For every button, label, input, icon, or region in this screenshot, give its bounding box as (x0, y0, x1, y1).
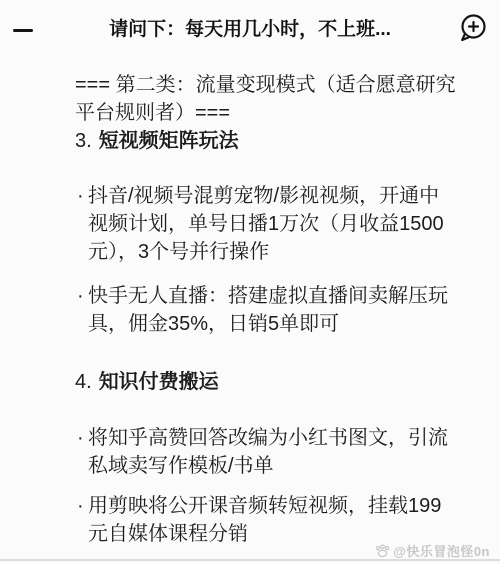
bullet-marker: · (75, 424, 88, 480)
section-4-number: 4. (75, 371, 92, 393)
bullet-marker: · (75, 182, 88, 266)
conversation-title: 请问下：每天用几小时，不上班... (55, 0, 445, 54)
menu-button[interactable] (13, 20, 39, 35)
new-chat-button[interactable] (457, 12, 489, 44)
section-3-heading: 3.短视频矩阵玩法 (75, 127, 460, 155)
app-header: 请问下：每天用几小时，不上班... (0, 0, 500, 54)
bullet-item-kuaishou-live: · 快手无人直播：搭建虚拟直播间卖解压玩 具，佣金35%，日销5单即可 (75, 282, 460, 338)
bullet-marker: · (75, 282, 88, 338)
assistant-message: === 第二类：流量变现模式（适合愿意研究 平台规则者）=== 3.短视频矩阵玩… (0, 54, 500, 548)
section-4-heading: 4.知识付费搬运 (75, 368, 460, 396)
category-intro-line: === 第二类：流量变现模式（适合愿意研究 平台规则者）=== (75, 71, 460, 127)
section-4-title: 知识付费搬运 (99, 371, 219, 393)
new-chat-bubble-plus-icon (457, 12, 489, 44)
bullet-text: 抖音/视频号混剪宠物/影视视频，开通中 视频计划，单号日播1万次（月收益1500… (88, 182, 460, 266)
bullet-text: 将知乎高赞回答改编为小红书图文，引流 私域卖写作模板/书单 (88, 424, 460, 480)
bullet-text: 用剪映将公开课音频转短视频，挂载199 元自媒体课程分销 (88, 492, 460, 548)
watermark-handle: @快乐冒泡怪0n (393, 541, 490, 560)
bottom-divider (0, 559, 500, 561)
watermark: @快乐冒泡怪0n (375, 541, 490, 560)
paw-icon (375, 544, 390, 558)
bullet-item-zhihu-xiaohongshu: · 将知乎高赞回答改编为小红书图文，引流 私域卖写作模板/书单 (75, 424, 460, 480)
bullet-text: 快手无人直播：搭建虚拟直播间卖解压玩 具，佣金35%，日销5单即可 (88, 282, 460, 338)
menu-icon (13, 29, 39, 32)
section-3-title: 短视频矩阵玩法 (99, 130, 239, 152)
section-3-number: 3. (75, 130, 92, 152)
bullet-item-douyin-matrix: · 抖音/视频号混剪宠物/影视视频，开通中 视频计划，单号日播1万次（月收益15… (75, 182, 460, 266)
bullet-marker: · (75, 492, 88, 548)
bullet-item-jianying-course: · 用剪映将公开课音频转短视频，挂载199 元自媒体课程分销 (75, 492, 460, 548)
